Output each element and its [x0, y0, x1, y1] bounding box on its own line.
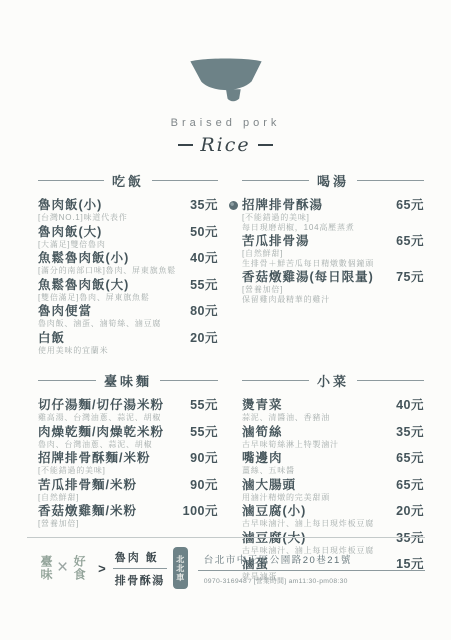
menu-item-name-row: 滷筍絲35元: [242, 425, 424, 440]
menu-item-name-row: 魯肉飯(大)50元: [38, 225, 218, 240]
menu-item: 滷大腸頭65元用滷汁精燉的完美甜頭: [242, 478, 424, 503]
item-name: 招牌排骨酥湯: [242, 198, 323, 213]
item-price: 75元: [396, 270, 424, 285]
menu-item-name-row: 嘴邊肉65元: [242, 451, 424, 466]
item-price: 100元: [183, 504, 218, 519]
item-note: 每日現磨胡椒，104高壓蒸煮: [242, 223, 424, 233]
item-note: [營養加倍]: [38, 519, 218, 529]
item-name: 滷豆腐(小): [242, 504, 306, 519]
item-note: [雙倍滿足]魯肉、屏東旗魚鬆: [38, 293, 218, 303]
item-name: 滷筍絲: [242, 425, 283, 440]
location-badge-text: 北北車: [173, 555, 188, 582]
arrow-icon: >: [98, 561, 106, 576]
signature-dish-top: 魯肉 飯: [113, 549, 167, 569]
item-price: 55元: [190, 425, 218, 440]
item-note: 生排骨＋鮮苦瓜每日精燉數個鐘頭: [242, 259, 424, 269]
item-name: 香菇燉雞湯(每日限量): [242, 270, 374, 285]
menu-item-name-row: 切仔湯麵/切仔湯米粉55元: [38, 398, 218, 413]
menu-item-name-row: 滷大腸頭65元: [242, 478, 424, 493]
divider-line: [357, 180, 424, 181]
dash-right: [258, 144, 273, 146]
item-name: 肉燥乾麵/肉燥乾米粉: [38, 425, 164, 440]
menu-item: 魚鬆魯肉飯(大)55元[雙倍滿足]魯肉、屏東旗魚鬆: [38, 278, 218, 303]
item-name: 招牌排骨酥麵/米粉: [38, 451, 150, 466]
menu-item: 魯肉飯(小)35元[台灣NO.1]味道代表作: [38, 198, 218, 223]
brand-title-script: Rice: [200, 134, 250, 156]
divider-line: [242, 180, 309, 181]
menu-item: 切仔湯麵/切仔湯米粉55元雞高湯、台灣油蔥、蒜泥、胡椒: [38, 398, 218, 423]
item-note: [台灣NO.1]味道代表作: [38, 213, 218, 223]
menu-item-name-row: 苦瓜排骨湯65元: [242, 234, 424, 249]
item-price: 50元: [190, 225, 218, 240]
logo-x-mark: ×: [57, 557, 68, 579]
item-name: 滷大腸頭: [242, 478, 296, 493]
divider-line: [160, 380, 218, 381]
item-name: 魚鬆魯肉飯(大): [38, 278, 129, 293]
item-note: [營養加倍]: [242, 285, 424, 295]
item-name: 香菇燉雞麵/米粉: [38, 504, 137, 519]
logo-right-text: 好食: [72, 555, 86, 581]
menu-item: 招牌排骨酥湯65元[不能錯過的美味]每日現磨胡椒，104高壓蒸煮: [242, 198, 424, 232]
brand-title-row: Rice: [0, 134, 451, 156]
item-note: 蒜泥、清醬油、香豬油: [242, 413, 424, 423]
menu-item-name-row: 招牌排骨酥湯65元: [242, 198, 424, 213]
brand-logo: 臺味 × 好食: [39, 555, 86, 581]
menu-item: 招牌排骨酥麵/米粉90元[不能錯過的美味]: [38, 451, 218, 476]
item-name: 白飯: [38, 331, 65, 346]
item-note: 魯肉、台灣油蔥、蒜泥、胡椒: [38, 440, 218, 450]
menu-item-name-row: 魚鬆魯肉飯(小)40元: [38, 251, 218, 266]
menu-item: 滷筍絲35元古早味筍絲淋上特製滷汁: [242, 425, 424, 450]
menu-item: 肉燥乾麵/肉燥乾米粉55元魯肉、台灣油蔥、蒜泥、胡椒: [38, 425, 218, 450]
footer: 臺味 × 好食 > 魯肉 飯 排骨酥湯 北北車 台北市中正區公園路20巷21號 …: [27, 537, 425, 589]
item-price: 35元: [396, 425, 424, 440]
logo-left-text: 臺味: [39, 555, 53, 581]
item-price: 65元: [396, 478, 424, 493]
bowl-icon: [186, 56, 266, 104]
item-note: 古早味筍絲淋上特製滷汁: [242, 440, 424, 450]
menu-item: 香菇燉雞麵/米粉100元[營養加倍]: [38, 504, 218, 529]
section-title: 臺味麵: [104, 371, 152, 390]
menu-item: 苦瓜排骨湯65元[自然鮮甜]生排骨＋鮮苦瓜每日精燉數個鐘頭: [242, 234, 424, 268]
menu-section-rice: 吃飯 魯肉飯(小)35元[台灣NO.1]味道代表作魯肉飯(大)50元[大滿足]雙…: [38, 171, 218, 357]
menu-item: 香菇燉雞湯(每日限量)75元[營養加倍]保留雞肉最精華的雞汁: [242, 270, 424, 304]
menu-item-name-row: 苦瓜排骨麵/米粉90元: [38, 478, 218, 493]
item-name: 燙青菜: [242, 398, 283, 413]
item-note: 薑絲、五味醬: [242, 466, 424, 476]
location-badge: 北北車: [173, 547, 188, 589]
item-price: 55元: [190, 278, 218, 293]
item-note: [不能錯過的美味]: [242, 213, 424, 223]
item-price: 40元: [190, 251, 218, 266]
phone-hours-text: 0970-316948 / [營業時間] am11:30-pm08:30: [198, 571, 425, 585]
item-name: 魯肉便當: [38, 304, 92, 319]
item-note: [自然鮮甜]: [38, 493, 218, 503]
section-header: 臺味麵: [38, 371, 218, 390]
menu-item-name-row: 滷豆腐(小)20元: [242, 504, 424, 519]
item-name: 魯肉飯(小): [38, 198, 102, 213]
section-title: 喝湯: [317, 171, 349, 190]
menu-item-name-row: 香菇燉雞麵/米粉100元: [38, 504, 218, 519]
menu-item: 魯肉便當80元魯肉飯、滷蛋、滷筍絲、滷豆腐: [38, 304, 218, 329]
item-name: 切仔湯麵/切仔湯米粉: [38, 398, 164, 413]
item-note: 使用美味的宜蘭米: [38, 346, 218, 356]
item-note: 雞高湯、台灣油蔥、蒜泥、胡椒: [38, 413, 218, 423]
section-items: 招牌排骨酥湯65元[不能錯過的美味]每日現磨胡椒，104高壓蒸煮苦瓜排骨湯65元…: [242, 198, 424, 304]
menu-item: 燙青菜40元蒜泥、清醬油、香豬油: [242, 398, 424, 423]
item-price: 65元: [396, 198, 424, 213]
item-price: 55元: [190, 398, 218, 413]
section-items: 切仔湯麵/切仔湯米粉55元雞高湯、台灣油蔥、蒜泥、胡椒肉燥乾麵/肉燥乾米粉55元…: [38, 398, 218, 529]
address-text: 台北市中正區公園路20巷21號: [198, 552, 425, 571]
item-name: 嘴邊肉: [242, 451, 283, 466]
menu-item-name-row: 肉燥乾麵/肉燥乾米粉55元: [38, 425, 218, 440]
menu-item: 滷豆腐(小)20元古早味滷汁、滷上每日現炸板豆腐: [242, 504, 424, 529]
item-note: [自然鮮甜]: [242, 249, 424, 259]
item-price: 20元: [190, 331, 218, 346]
item-name: 苦瓜排骨湯: [242, 234, 310, 249]
item-note: 保留雞肉最精華的雞汁: [242, 295, 424, 305]
item-note: 古早味滷汁、滷上每日現炸板豆腐: [242, 519, 424, 529]
section-header: 喝湯: [242, 171, 424, 190]
item-price: 65元: [396, 451, 424, 466]
item-price: 20元: [396, 504, 424, 519]
menu-item-name-row: 白飯20元: [38, 331, 218, 346]
menu-item: 魚鬆魯肉飯(小)40元[滿分的南部口味]魯肉、屏東旗魚鬆: [38, 251, 218, 276]
item-price: 65元: [396, 234, 424, 249]
item-note: [滿分的南部口味]魯肉、屏東旗魚鬆: [38, 266, 218, 276]
menu-item-name-row: 魯肉飯(小)35元: [38, 198, 218, 213]
menu-item: 魯肉飯(大)50元[大滿足]雙倍魯肉: [38, 225, 218, 250]
brand-header: Braised pork Rice: [0, 0, 451, 156]
menu-item-name-row: 魚鬆魯肉飯(大)55元: [38, 278, 218, 293]
item-note: 魯肉飯、滷蛋、滷筍絲、滷豆腐: [38, 319, 218, 329]
contact-block: 台北市中正區公園路20巷21號 0970-316948 / [營業時間] am1…: [198, 552, 425, 585]
menu-item-name-row: 魯肉便當80元: [38, 304, 218, 319]
signature-dish-bottom: 排骨酥湯: [113, 569, 167, 588]
menu-item: 白飯20元使用美味的宜蘭米: [38, 331, 218, 356]
section-title: 小菜: [317, 371, 349, 390]
featured-badge-icon: [229, 201, 238, 210]
dash-left: [178, 144, 193, 146]
divider-line: [357, 380, 424, 381]
brand-subtitle-en: Braised pork: [0, 117, 451, 129]
section-title: 吃飯: [112, 171, 144, 190]
item-name: 魯肉飯(大): [38, 225, 102, 240]
divider-line: [38, 180, 104, 181]
section-header: 小菜: [242, 371, 424, 390]
item-note: [不能錯過的美味]: [38, 466, 218, 476]
menu-section-soup: 喝湯 招牌排骨酥湯65元[不能錯過的美味]每日現磨胡椒，104高壓蒸煮苦瓜排骨湯…: [242, 171, 424, 357]
item-note: [大滿足]雙倍魯肉: [38, 240, 218, 250]
divider-line: [242, 380, 309, 381]
item-note: 用滷汁精燉的完美甜頭: [242, 493, 424, 503]
menu-grid: 吃飯 魯肉飯(小)35元[台灣NO.1]味道代表作魯肉飯(大)50元[大滿足]雙…: [38, 171, 451, 584]
item-price: 40元: [396, 398, 424, 413]
item-name: 苦瓜排骨麵/米粉: [38, 478, 137, 493]
menu-item: 苦瓜排骨麵/米粉90元[自然鮮甜]: [38, 478, 218, 503]
menu-item: 嘴邊肉65元薑絲、五味醬: [242, 451, 424, 476]
divider-line: [38, 380, 96, 381]
item-price: 35元: [190, 198, 218, 213]
item-price: 80元: [190, 304, 218, 319]
item-price: 90元: [190, 478, 218, 493]
item-name: 魚鬆魯肉飯(小): [38, 251, 129, 266]
menu-item-name-row: 香菇燉雞湯(每日限量)75元: [242, 270, 424, 285]
divider-line: [152, 180, 218, 181]
signature-dishes: 魯肉 飯 排骨酥湯: [113, 549, 167, 588]
section-items: 魯肉飯(小)35元[台灣NO.1]味道代表作魯肉飯(大)50元[大滿足]雙倍魯肉…: [38, 198, 218, 355]
item-price: 90元: [190, 451, 218, 466]
section-header: 吃飯: [38, 171, 218, 190]
menu-item-name-row: 招牌排骨酥麵/米粉90元: [38, 451, 218, 466]
menu-item-name-row: 燙青菜40元: [242, 398, 424, 413]
